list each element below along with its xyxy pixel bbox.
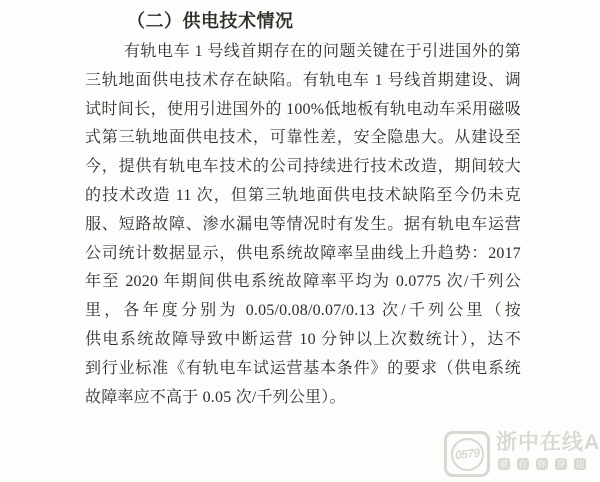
paragraph-line: 年至 2020 年期间供电系统故障率平均为 0.0775 次/千列公	[85, 268, 521, 297]
paragraph-line: 里，各年度分别为 0.05/0.08/0.07/0.13 次/千列公里（按	[85, 297, 521, 326]
watermark-subtitle: 就在你身边	[496, 458, 600, 470]
paragraph: 有轨电车 1 号线首期存在的问题关键在于引进国外的第三轨地面供电技术存在缺陷。有…	[85, 38, 521, 412]
watermark-subtitle-char: 你	[536, 458, 548, 470]
paragraph-line: 到行业标准《有轨电车试运营基本条件》的要求（供电系统	[85, 355, 521, 384]
watermark-logo-circle: 0579	[451, 438, 484, 471]
paragraph-line: 服、短路故障、渗水漏电等情况时有发生。据有轨电车运营	[85, 211, 521, 240]
paragraph-line: 公司统计数据显示，供电系统故障率呈曲线上升趋势：2017	[85, 240, 521, 269]
paragraph-line: 供电系统故障导致中断运营 10 分钟以上次数统计），达不	[85, 326, 521, 355]
paragraph-line: 试时间长，使用引进国外的 100%低地板有轨电动车采用磁吸	[85, 96, 521, 125]
watermark-subtitle-char: 身	[555, 458, 567, 470]
watermark-logo-icon: 0579	[444, 431, 490, 477]
watermark-subtitle-char: 就	[498, 458, 510, 470]
paragraph-line: 故障率应不高于 0.05 次/千列公里）。	[85, 384, 521, 413]
scanned-document-page: （二）供电技术情况 有轨电车 1 号线首期存在的问题关键在于引进国外的第三轨地面…	[0, 0, 600, 482]
paragraph-line: 有轨电车 1 号线首期存在的问题关键在于引进国外的第	[85, 38, 521, 67]
paragraph-line: 今，提供有轨电车技术的公司持续进行技术改造，期间较大	[85, 153, 521, 182]
watermark-subtitle-char: 边	[574, 458, 586, 470]
watermark-title: 浙中在线APP	[496, 431, 600, 455]
watermark-text-block: 浙中在线APP 就在你身边	[496, 431, 600, 470]
watermark: 0579 浙中在线APP 就在你身边	[444, 431, 600, 477]
paragraph-line: 式第三轨地面供电技术，可靠性差，安全隐患大。从建设至	[85, 124, 521, 153]
paragraph-line: 的技术改造 11 次，但第三轨地面供电技术缺陷至今仍未克	[85, 182, 521, 211]
watermark-subtitle-char: 在	[517, 458, 529, 470]
watermark-logo-number: 0579	[454, 446, 480, 463]
section-heading: （二）供电技术情况	[85, 10, 521, 32]
paragraph-line: 三轨地面供电技术存在缺陷。有轨电车 1 号线首期建设、调	[85, 67, 521, 96]
